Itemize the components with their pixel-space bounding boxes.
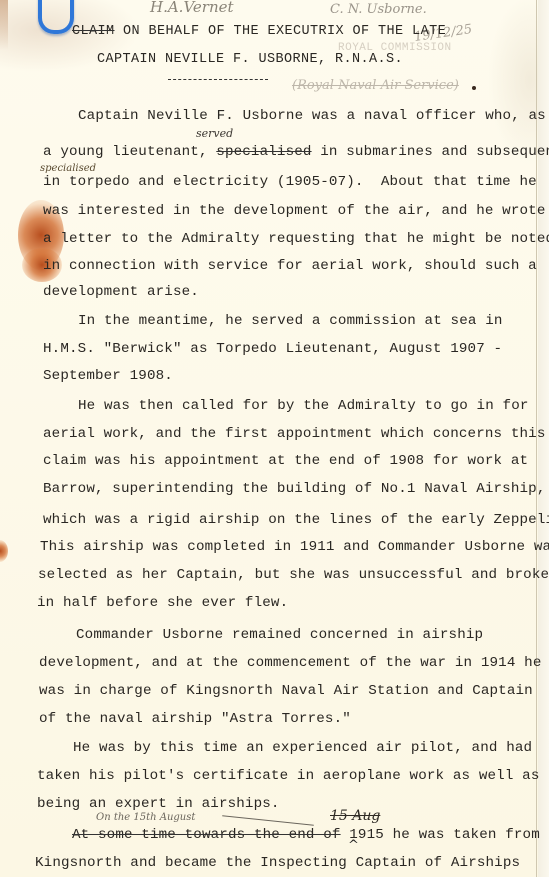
text-line: September 1908. [43,368,173,384]
handwritten-insert: On the 15th August [96,812,195,823]
text-line: This airship was completed in 1911 and C… [40,539,549,555]
text-line: At some time towards the end of 1915 he … [72,827,540,843]
text-line: was interested in the development of the… [43,203,546,219]
text-line: Commander Usborne remained concerned in … [76,627,483,643]
text-line: which was a rigid airship on the lines o… [43,512,549,528]
text-line: being an expert in airships. [37,796,280,812]
text-line: aerial work, and the first appointment w… [43,426,546,442]
paperclip-icon [38,0,74,34]
handwritten-insert: served [196,127,233,140]
document-title-line1: CLAIM ON BEHALF OF THE EXECUTRIX OF THE … [72,24,446,39]
title-underline [168,79,268,80]
text-line: was in charge of Kingsnorth Naval Air St… [39,683,533,699]
text-line: taken his pilot's certificate in aeropla… [37,768,540,784]
text-line: In the meantime, he served a commission … [78,313,503,329]
text-line: a young lieutenant, specialised in subma… [43,144,549,160]
text-line: claim was his appointment at the end of … [43,453,528,469]
text-line: H.M.S. "Berwick" as Torpedo Lieutenant, … [43,341,502,357]
text-line: development, and at the commencement of … [39,655,542,671]
edge-stain [0,0,8,50]
text-line: in connection with service for aerial wo… [43,258,537,274]
handwritten-insert: specialised [40,163,96,174]
text-line: Barrow, superintending the building of N… [43,481,546,497]
struck-word: CLAIM [72,24,115,39]
signature-top: H.A.Vernet [150,0,234,16]
name-top-right: C. N. Usborne. [330,2,427,17]
bracket-note: (Royal Naval Air Service) [292,78,459,93]
handwritten-insert: 15 Aug [330,808,380,824]
text-line: He was by this time an experienced air p… [73,740,532,756]
text-line: He was then called for by the Admiralty … [78,398,529,414]
text-line: Kingsnorth and became the Inspecting Cap… [35,855,520,871]
caret-mark: ^ [348,838,359,853]
text-line: Captain Neville F. Usborne was a naval o… [78,108,546,124]
text-line: of the naval airship "Astra Torres." [39,711,351,727]
document-title-line2: CAPTAIN NEVILLE F. USBORNE, R.N.A.S. [97,52,403,67]
text-line: a letter to the Admiralty requesting tha… [43,231,549,247]
text-line: development arise. [43,284,199,300]
text-line: in half before she ever flew. [37,595,288,611]
ink-dot [472,86,476,90]
text-line: selected as her Captain, but she was uns… [38,567,549,583]
text-line: in torpedo and electricity (1905-07). Ab… [43,174,537,190]
